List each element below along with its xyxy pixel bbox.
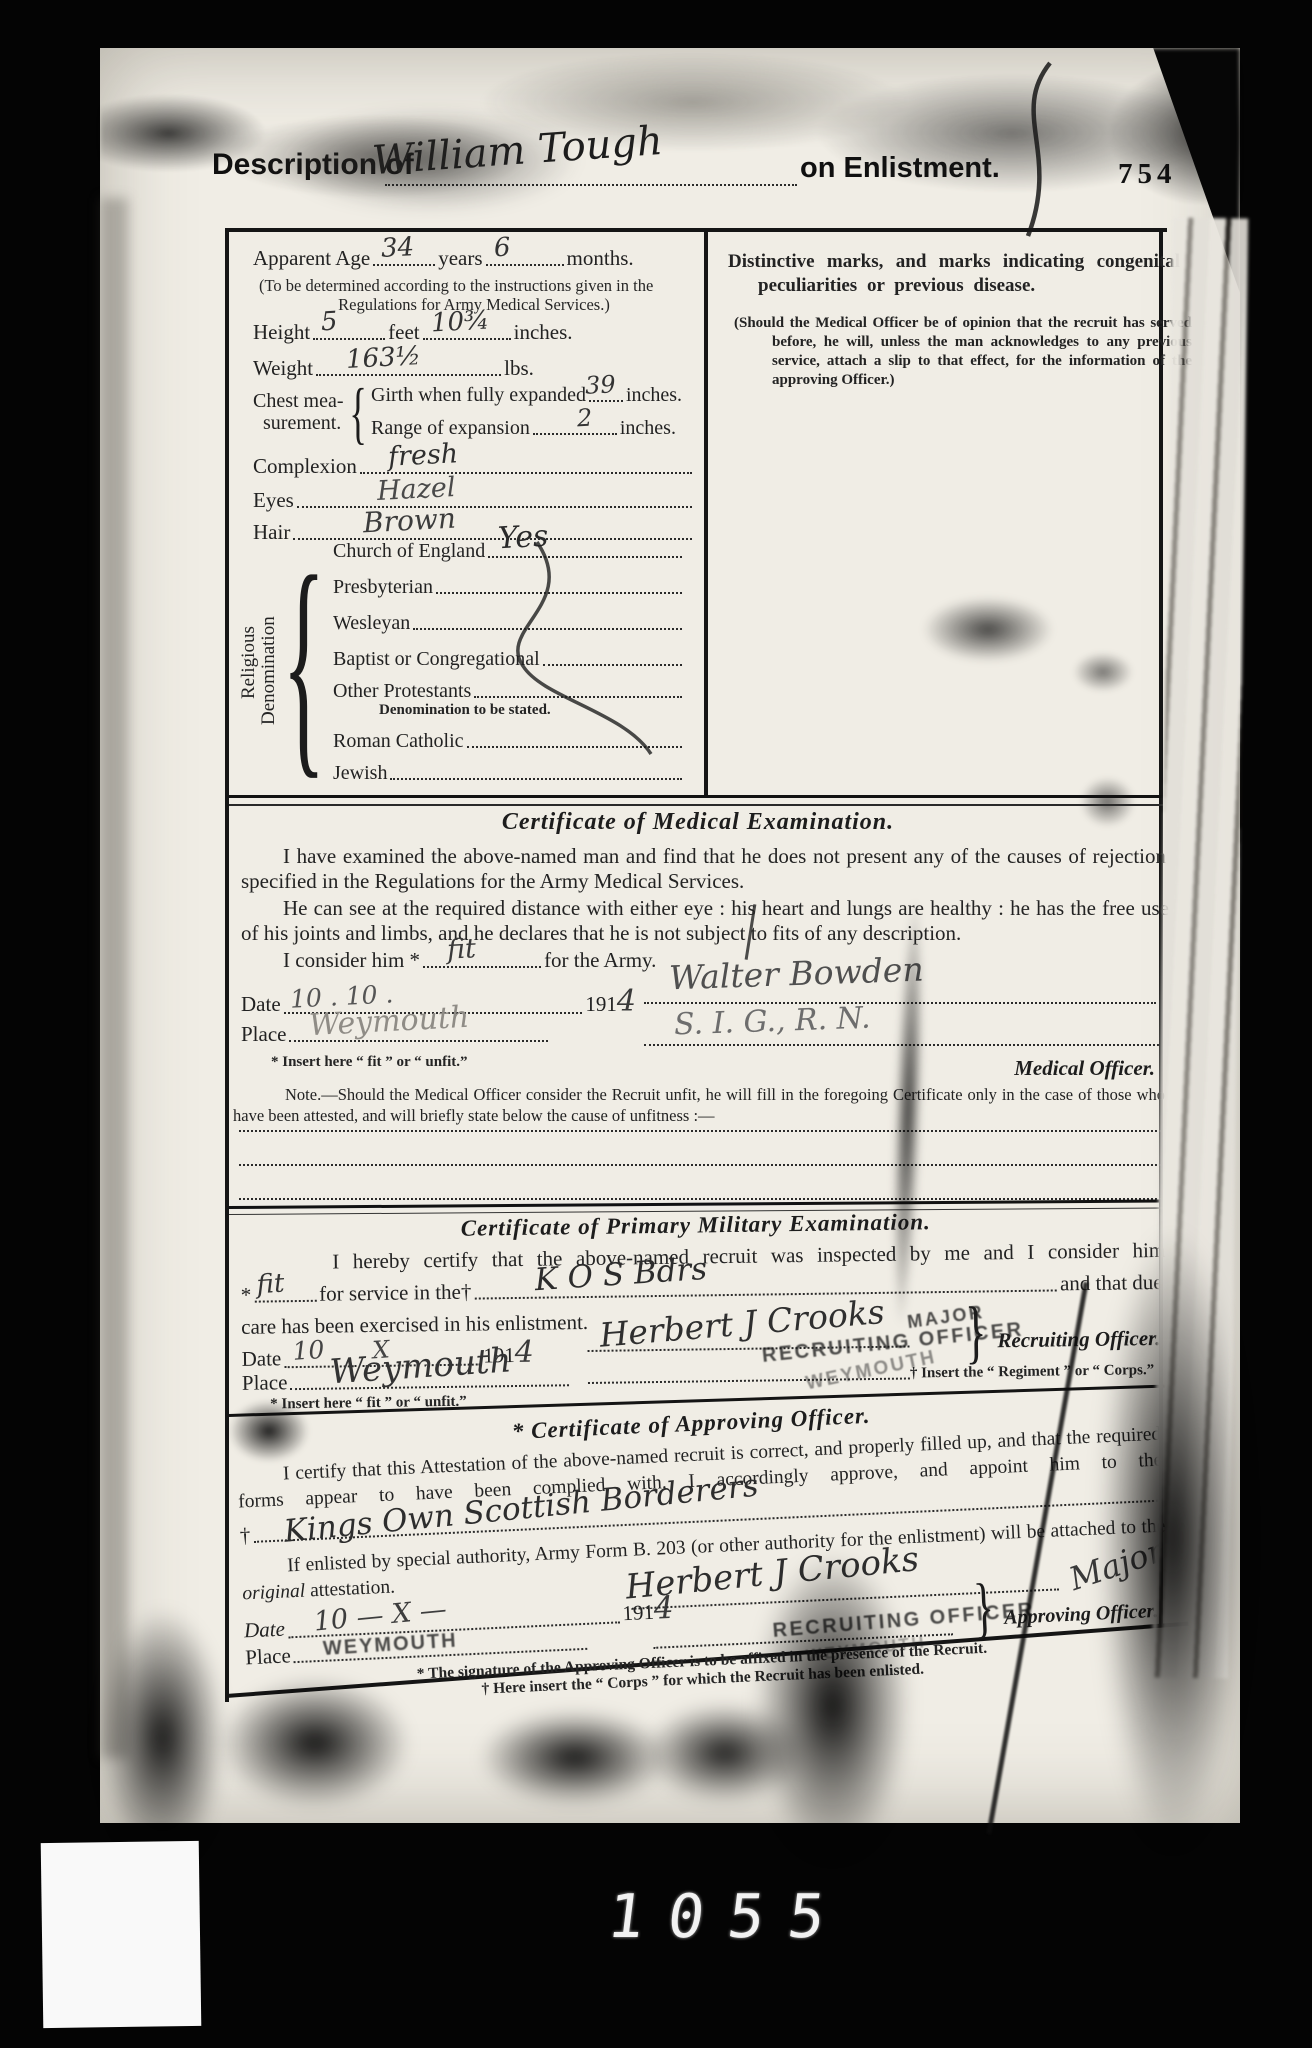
unfitness-blank-line	[239, 1130, 1161, 1132]
form-title-suffix: on Enlistment.	[800, 152, 1000, 185]
chest-girth-unit: inches.	[626, 384, 682, 407]
apparent-age-note-line1: (To be determined according to the instr…	[259, 276, 689, 295]
medical-cert-title: Certificate of Medical Examination.	[229, 809, 1167, 836]
eyes-row: Eyes Hazel	[253, 488, 695, 513]
place-label: Place	[241, 1022, 286, 1047]
height-row: Height 5 feet 10¾ inches.	[253, 320, 695, 345]
medical-officer-signature: Walter Bowden	[668, 950, 924, 998]
primary-fit-row: * fit for service in the† K O S Bdrs and…	[241, 1270, 1163, 1308]
pen-stroke-mark	[980, 58, 1110, 243]
chest-range-value: 2	[576, 404, 593, 433]
ink-stain	[1073, 652, 1133, 692]
unfitness-blank-line	[239, 1164, 1161, 1166]
eyes-label: Eyes	[253, 488, 294, 513]
medical-insert-note: * Insert here “ fit ” or “ unfit.”	[271, 1054, 468, 1071]
religion-side-label-line2: Denomination	[258, 593, 280, 725]
primary-year-written: 4	[514, 1335, 534, 1370]
dotted-leader: 34	[373, 264, 435, 266]
medical-consider-row: I consider him * fit for the Army.	[283, 948, 703, 973]
date-label: Date	[244, 1617, 286, 1644]
dotted-leader: 163½	[316, 374, 501, 376]
consider-suffix: for the Army.	[544, 948, 656, 973]
recruiting-officer-brace: }	[965, 1297, 987, 1368]
date-label: Date	[241, 992, 281, 1017]
pen-squiggle-mark	[419, 534, 669, 774]
height-label: Height	[253, 320, 310, 345]
chest-brace: {	[349, 372, 367, 452]
religion-brace: {	[282, 540, 325, 786]
recruiting-officer-label: Recruiting Officer.	[997, 1326, 1160, 1353]
apparent-age-months-label: months.	[567, 246, 634, 271]
dotted-leader: fit	[254, 1300, 316, 1303]
medical-officer-rank: S. I. G., R. N.	[673, 1001, 871, 1043]
bottom-blob	[480, 1710, 670, 1805]
medical-officer-label: Medical Officer.	[1014, 1056, 1155, 1081]
weight-unit: lbs.	[504, 356, 534, 381]
apparent-age-label: Apparent Age	[253, 246, 370, 271]
scanned-attestation-page: Description of William Tough on Enlistme…	[0, 0, 1312, 2048]
primary-place-row: Place Weymouth	[242, 1366, 572, 1396]
chest-girth-value: 39	[584, 370, 616, 400]
paper-sheet: Description of William Tough on Enlistme…	[100, 48, 1240, 1823]
ink-stain	[923, 597, 1053, 662]
religion-label: Jewish	[333, 762, 387, 785]
place-label: Place	[242, 1370, 288, 1396]
chest-girth-label: Girth when fully expanded	[371, 384, 586, 407]
date-label: Date	[241, 1346, 281, 1372]
bottom-left-corner-blob	[100, 1608, 225, 1868]
apparent-age-years-label: years	[438, 246, 482, 271]
medical-para1: I have examined the above-named man and …	[241, 844, 1166, 894]
approving-para2-after: attestation.	[305, 1577, 396, 1602]
and-that-due: and that due	[1060, 1270, 1163, 1296]
religious-denomination-block: Religious Denomination { Church of Engla…	[229, 534, 699, 792]
approving-officer-brace: }	[972, 1575, 995, 1643]
height-feet-value: 5	[320, 307, 338, 338]
apparent-age-row: Apparent Age 34 years 6 months.	[253, 246, 695, 271]
weight-row: Weight 163½ lbs.	[253, 356, 695, 381]
dotted-leader: 5	[313, 338, 385, 340]
approving-para2-original: original	[242, 1581, 306, 1605]
chest-label-line2: surement.	[253, 412, 345, 434]
approving-cert-section: * Certificate of Approving Officer. I ce…	[222, 1376, 1170, 1708]
chest-measurement-block: Chest mea- surement. { Girth when fully …	[253, 384, 701, 440]
chest-range-unit: inches.	[620, 417, 676, 440]
form-box: Apparent Age 34 years 6 months. (To be d…	[225, 228, 1167, 1702]
recruit-name-handwritten: William Tough	[371, 118, 664, 184]
chest-range-label: Range of expansion	[371, 417, 530, 440]
chest-label-line1: Chest mea-	[253, 390, 345, 412]
bottom-blob	[645, 1703, 805, 1803]
page-number: 754	[1118, 158, 1177, 191]
complexion-value: fresh	[387, 438, 459, 473]
distinctive-marks-heading: Distinctive marks, and marks indicating …	[728, 250, 1180, 298]
dotted-leader: Weymouth	[291, 1384, 570, 1390]
dotted-leader	[644, 1044, 1159, 1046]
apparent-age-years-value: 34	[380, 232, 415, 264]
distinctive-marks-panel: Distinctive marks, and marks indicating …	[704, 232, 1165, 795]
consider-fit-value: fit	[446, 933, 476, 965]
religion-label: Presbyterian	[333, 576, 433, 599]
place-label: Place	[245, 1643, 292, 1670]
medical-place-value: Weymouth	[309, 1000, 471, 1043]
dotted-leader	[644, 1002, 1156, 1004]
dotted-leader: 6	[486, 264, 564, 266]
dotted-leader: Weymouth	[289, 1040, 548, 1042]
dotted-leader: fit	[423, 966, 541, 968]
year-printed: 191	[585, 992, 617, 1017]
religion-side-label-line1: Religious	[238, 615, 260, 699]
fit-prefix: *	[241, 1283, 252, 1308]
film-counter: 1055	[604, 1882, 853, 1952]
apparent-age-months-value: 6	[493, 233, 511, 264]
height-inches-value: 10¾	[430, 305, 490, 338]
weight-label: Weight	[253, 356, 313, 381]
weight-value: 163½	[345, 341, 421, 375]
religion-label: Wesleyan	[333, 612, 410, 635]
complexion-label: Complexion	[253, 454, 357, 479]
complexion-row: Complexion fresh	[253, 454, 695, 479]
section-divider	[229, 795, 1163, 806]
medical-year-written: 4	[617, 984, 636, 1019]
dotted-leader	[390, 778, 682, 780]
primary-date-value: 10	[291, 1335, 325, 1366]
consider-prefix: I consider him *	[283, 948, 420, 973]
distinctive-marks-note: (Should the Medical Officer be of opinio…	[734, 314, 1192, 390]
dotted-leader: 10¾	[423, 338, 511, 340]
dotted-leader: 2	[533, 433, 617, 435]
film-frame-marker	[41, 1841, 202, 2028]
left-margin-mottle	[100, 198, 128, 1758]
medical-para2: He can see at the required distance with…	[241, 896, 1169, 946]
corps-prefix: †	[239, 1523, 251, 1548]
service-label: for service in the†	[319, 1280, 472, 1307]
height-inches-label: inches.	[514, 320, 573, 345]
dotted-leader: 39	[589, 400, 623, 402]
medical-note: Note.—Should the Medical Officer conside…	[233, 1084, 1165, 1126]
medical-place-row: Place Weymouth	[241, 1022, 551, 1047]
dotted-leader	[385, 184, 797, 186]
dotted-leader: Hazel	[297, 506, 692, 508]
primary-fit-value: fit	[255, 1269, 285, 1301]
